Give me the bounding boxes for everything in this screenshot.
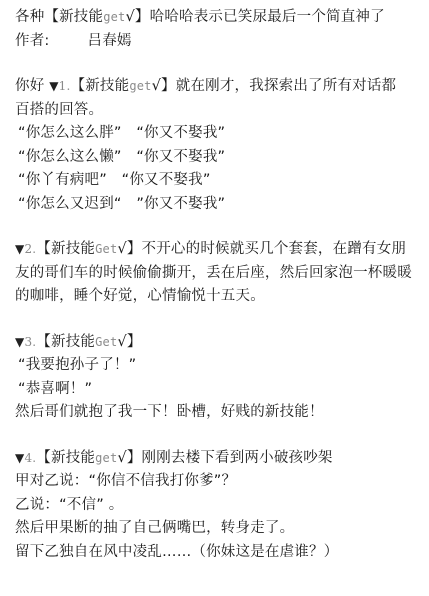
- item4-number: 4.: [24, 451, 36, 465]
- item2-tag-open: 【新技能: [36, 241, 95, 257]
- item1-text-line2: 百搭的回答。: [15, 99, 429, 123]
- dialogue-line: “你怎么这么懒” “你又不娶我”: [15, 146, 429, 170]
- author-name: 吕春嫣: [88, 33, 132, 49]
- item1-number: 1.: [59, 79, 71, 93]
- item2-text: 不开心的时候就买几个套套，在蹭有女朋: [142, 241, 407, 257]
- item3-line: “恭喜啊！”: [15, 378, 429, 402]
- item3-line: 然后哥们就抱了我一下！卧槽，好贱的新技能！: [15, 401, 429, 425]
- item3-heading: ▼3.【新技能Get√】: [15, 331, 429, 355]
- item3-number: 3.: [24, 335, 36, 349]
- title-prefix: 各种【新技能: [15, 9, 103, 25]
- item2-heading: ▼2.【新技能Get√】不开心的时候就买几个套套，在蹭有女朋: [15, 238, 429, 262]
- item1-tag-close: √】: [152, 78, 176, 94]
- title-check: √】: [125, 9, 149, 25]
- item4-line: 留下乙独自在风中凌乱……（你妹这是在虐谁？）: [15, 541, 429, 565]
- item3-tag-get: Get: [95, 335, 117, 349]
- item1-lead: 你好: [15, 78, 49, 94]
- item3-tag-close: √】: [117, 334, 141, 350]
- item1-heading: 你好 ▼1.【新技能get√】就在刚才，我探索出了所有对话都: [15, 75, 429, 99]
- item2-tag-close: √】: [117, 241, 141, 257]
- item4-heading: ▼4.【新技能get√】刚刚去楼下看到两小破孩吵架: [15, 447, 429, 471]
- item2-text-line2: 友的哥们车的时候偷偷撕开，丢在后座，然后回家泡一杯暖暖: [15, 262, 429, 286]
- item1-text: 就在刚才，我探索出了所有对话都: [176, 78, 397, 94]
- document-body: 各种【新技能get√】哈哈哈表示已笑尿最后一个简直神了 作者:吕春嫣 你好 ▼1…: [0, 0, 429, 564]
- title-get: get: [103, 10, 125, 24]
- item2-text-line3: 的咖啡，睡个好觉，心情愉悦十五天。: [15, 285, 429, 309]
- title-line: 各种【新技能get√】哈哈哈表示已笑尿最后一个简直神了: [15, 6, 429, 30]
- spacer: [15, 425, 429, 447]
- item4-line: 然后甲果断的抽了自己俩嘴巴，转身走了。: [15, 517, 429, 541]
- spacer: [15, 309, 429, 331]
- item4-line: 甲对乙说：“你信不信我打你爹”？: [15, 470, 429, 494]
- item4-tag-open: 【新技能: [36, 450, 95, 466]
- title-suffix: 哈哈哈表示已笑尿最后一个简直神了: [150, 9, 385, 25]
- item3-tag-open: 【新技能: [36, 334, 95, 350]
- item2-tag-get: Get: [95, 242, 117, 256]
- triangle-down-icon: ▼: [49, 79, 58, 93]
- item2-number: 2.: [24, 242, 36, 256]
- dialogue-line: “你怎么又迟到“ ”你又不娶我”: [15, 193, 429, 217]
- item4-text: 刚刚去楼下看到两小破孩吵架: [142, 450, 333, 466]
- item1-tag-get: get: [129, 79, 151, 93]
- item3-line: “我要抱孙子了！”: [15, 354, 429, 378]
- item1-tag-open: 【新技能: [71, 78, 130, 94]
- spacer: [15, 216, 429, 238]
- spacer: [15, 53, 429, 75]
- dialogue-line: “你怎么这么胖” “你又不娶我”: [15, 122, 429, 146]
- author-label: 作者:: [15, 33, 50, 49]
- item4-tag-close: √】: [117, 450, 141, 466]
- item4-tag-get: get: [95, 451, 117, 465]
- author-line: 作者:吕春嫣: [15, 30, 429, 54]
- dialogue-line: “你丫有病吧” “你又不娶我”: [15, 169, 429, 193]
- item4-line: 乙说：“不信” 。: [15, 494, 429, 518]
